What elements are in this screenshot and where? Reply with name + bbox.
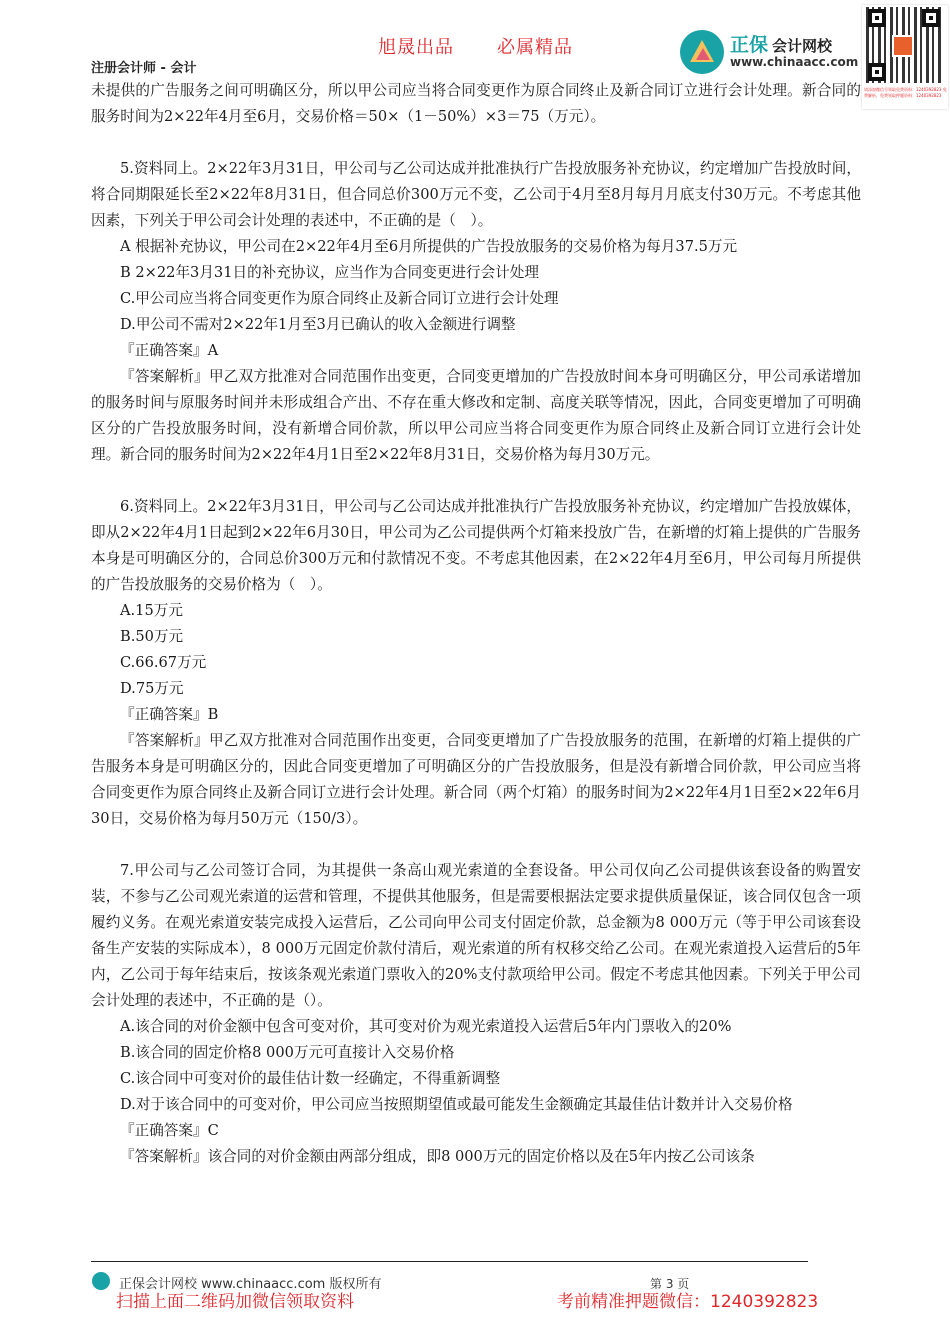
answer-analysis: 『答案解析』该合同的对价金额由两部分组成，即8 000万元的固定价格以及在5年内…: [91, 1144, 861, 1170]
correct-answer: 『正确答案』C: [91, 1118, 861, 1144]
option-a: A.该合同的对价金额中包含可变对价，其可变对价为观光索道投入运营后5年内门票收入…: [91, 1014, 861, 1040]
option-b: B 2×22年3月31日的补充协议，应当作为合同变更进行会计处理: [91, 260, 861, 286]
option-a: A.15万元: [91, 598, 861, 624]
qr-badge-icon: [892, 35, 914, 57]
logo-emblem-icon: [680, 30, 724, 74]
question-stem: 5.资料同上。2×22年3月31日，甲公司与乙公司达成并批准执行广告投放服务补充…: [91, 156, 861, 234]
carryover-paragraph: 未提供的广告服务之间可明确区分，所以甲公司应当将合同变更作为原合同终止及新合同订…: [91, 78, 861, 130]
option-c: C.甲公司应当将合同变更作为原合同终止及新合同订立进行会计处理: [91, 286, 861, 312]
footer-divider: [91, 1261, 808, 1262]
question-5: 5.资料同上。2×22年3月31日，甲公司与乙公司达成并批准执行广告投放服务补充…: [91, 156, 861, 468]
option-a: A 根据补充协议，甲公司在2×22年4月至6月所提供的广告投放服务的交易价格为每…: [91, 234, 861, 260]
footer-promo-right: 考前精准押题微信：1240392823: [557, 1287, 818, 1312]
option-b: B.该合同的固定价格8 000万元可直接计入交易价格: [91, 1040, 861, 1066]
option-c: C.该合同中可变对价的最佳估计数一经确定，不得重新调整: [91, 1066, 861, 1092]
answer-analysis: 『答案解析』甲乙双方批准对合同范围作出变更，合同变更增加了广告投放服务的范围，在…: [91, 728, 861, 832]
document-body: 未提供的广告服务之间可明确区分，所以甲公司应当将合同变更作为原合同终止及新合同订…: [91, 78, 861, 1170]
logo-url: www.chinaacc.com: [730, 55, 858, 69]
option-d: D.甲公司不需对2×22年1月至3月已确认的收入金额进行调整: [91, 312, 861, 338]
question-stem: 7.甲公司与乙公司签订合同，为其提供一条高山观光索道的全套设备。甲公司仅向乙公司…: [91, 858, 861, 1014]
promo-banner-right: 必属精品: [497, 33, 573, 59]
option-c: C.66.67万元: [91, 650, 861, 676]
footer-promo-left: 扫描上面二维码加微信领取资料: [116, 1287, 354, 1312]
correct-answer: 『正确答案』B: [91, 702, 861, 728]
question-stem: 6.资料同上。2×22年3月31日，甲公司与乙公司达成并批准执行广告投放服务补充…: [91, 494, 861, 598]
option-d: D.75万元: [91, 676, 861, 702]
document-header-label: 注册会计师 - 会计: [91, 57, 196, 76]
footer-logo-icon: [92, 1272, 110, 1290]
question-6: 6.资料同上。2×22年3月31日，甲公司与乙公司达成并批准执行广告投放服务补充…: [91, 494, 861, 832]
answer-analysis: 『答案解析』甲乙双方批准对合同范围作出变更，合同变更增加的广告投放时间本身可明确…: [91, 364, 861, 468]
option-b: B.50万元: [91, 624, 861, 650]
promo-banner-left: 旭晟出品: [378, 33, 454, 59]
brand-logo[interactable]: 正保会计网校 www.chinaacc.com: [680, 28, 860, 74]
qr-code-panel: 请添加微信号领取免费资料：1240392823 免费解析、免费领取押题资料：12…: [862, 5, 948, 109]
question-7: 7.甲公司与乙公司签订合同，为其提供一条高山观光索道的全套设备。甲公司仅向乙公司…: [91, 858, 861, 1170]
qr-caption: 请添加微信号领取免费资料：1240392823 免费解析、免费领取押题资料：12…: [864, 87, 948, 99]
logo-title: 正保会计网校: [730, 30, 832, 57]
option-d: D.对于该合同中的可变对价，甲公司应当按照期望值或最可能发生金额确定其最佳估计数…: [91, 1092, 861, 1118]
correct-answer: 『正确答案』A: [91, 338, 861, 364]
